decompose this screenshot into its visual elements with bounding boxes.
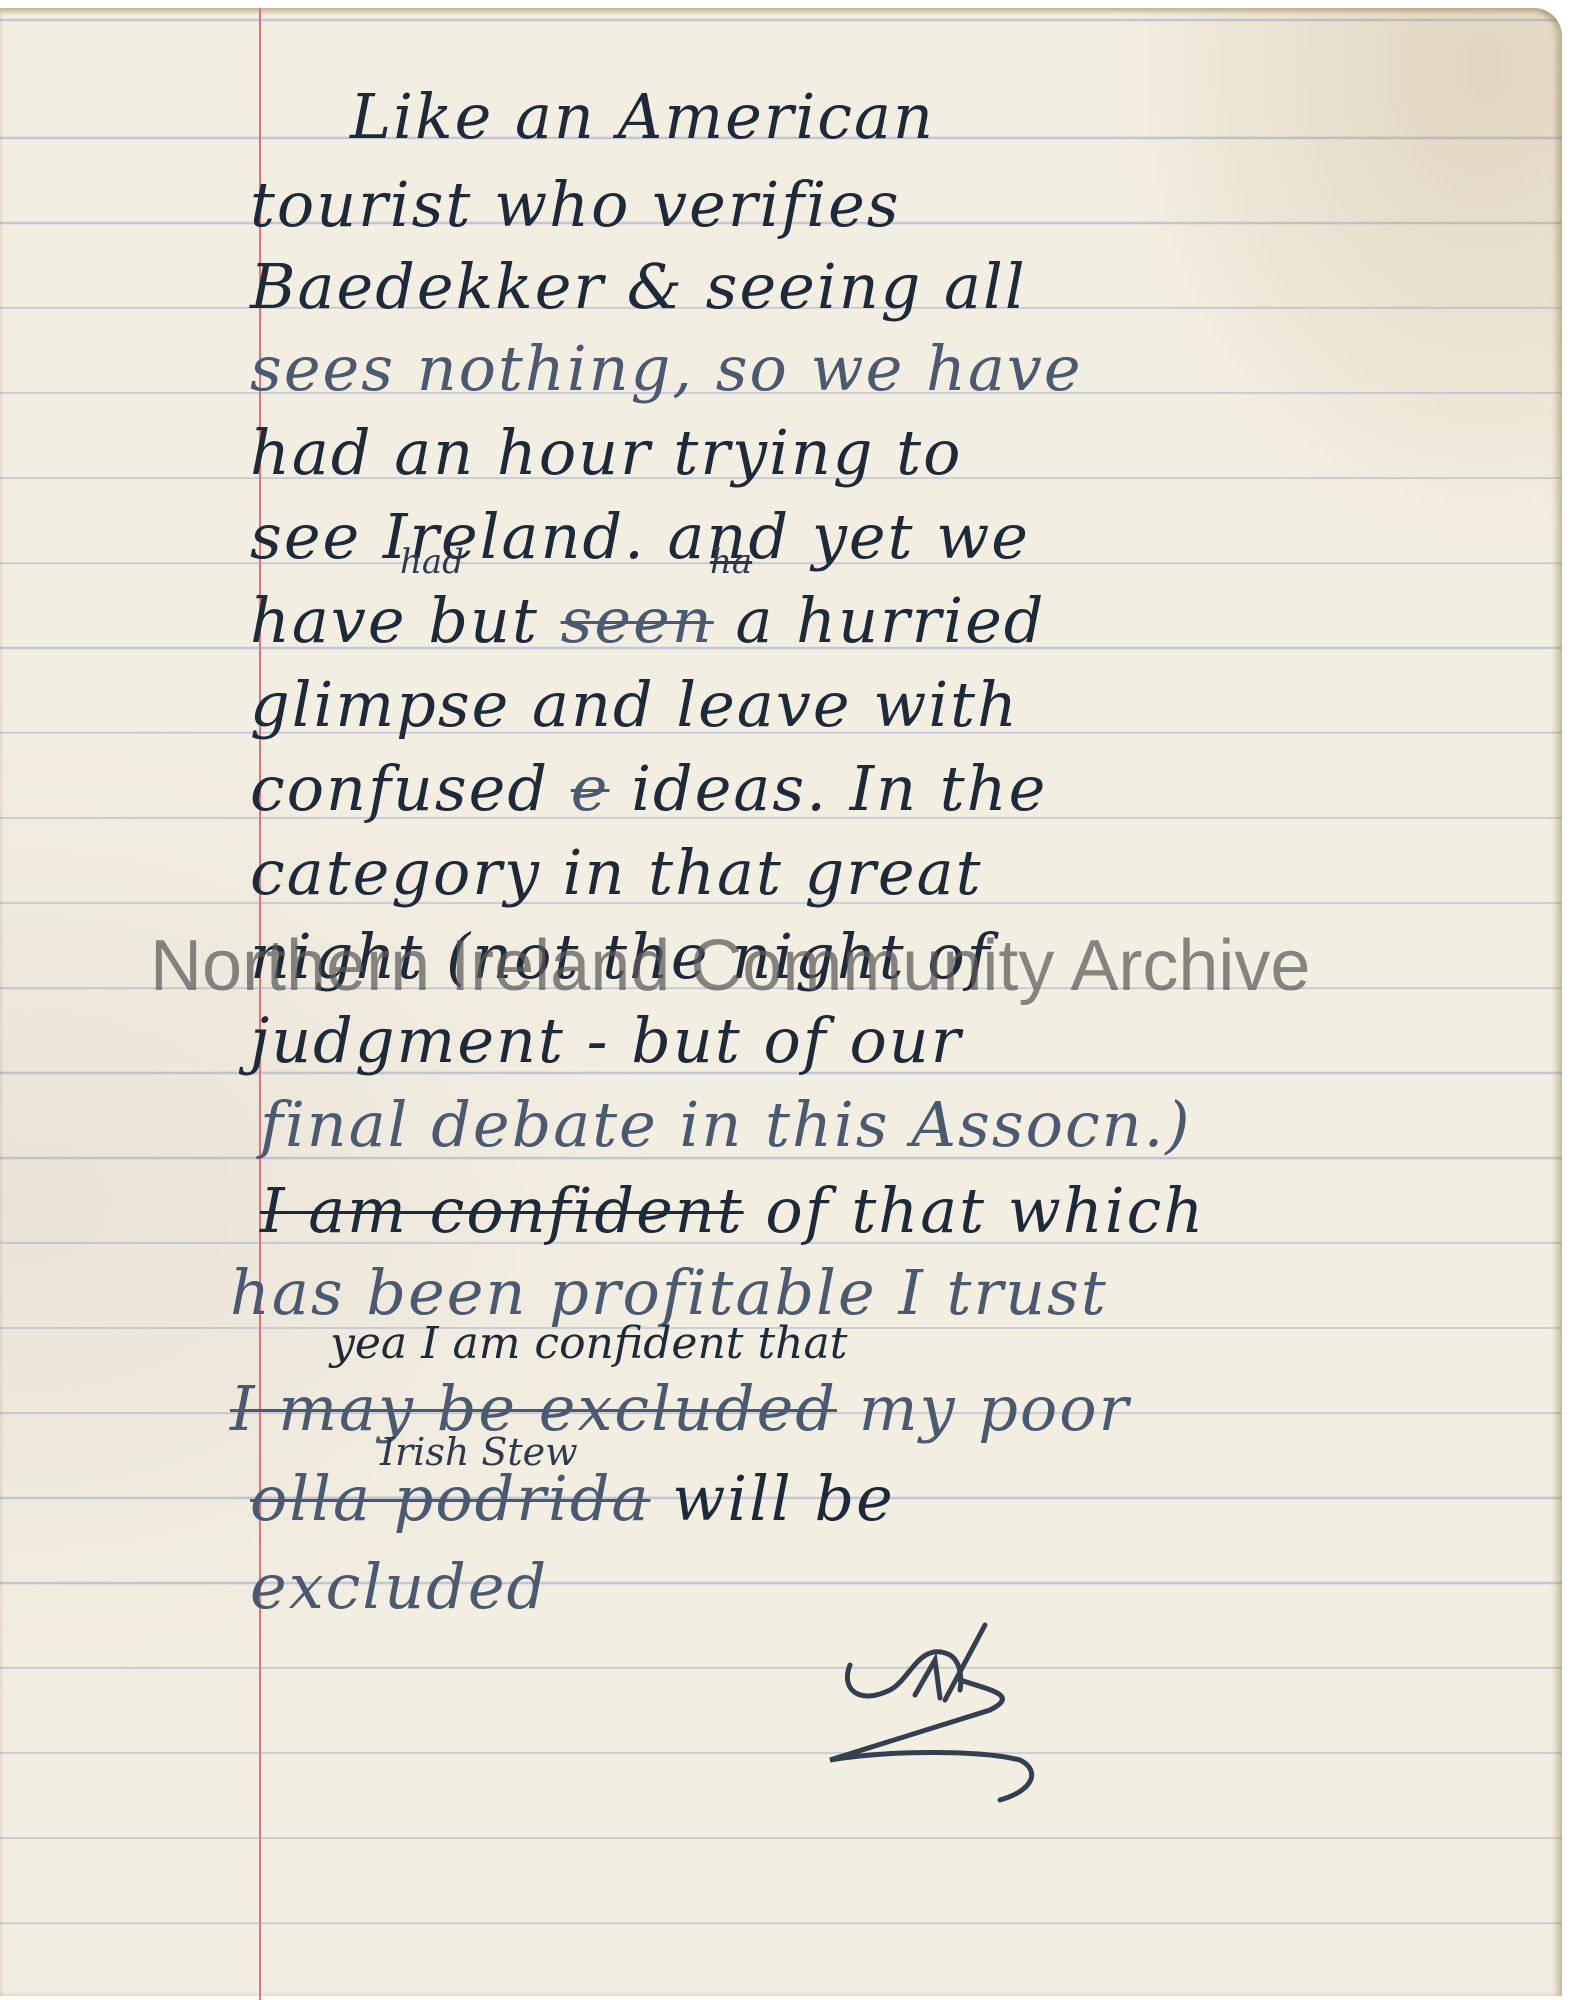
text-line: see Ireland. and yet we bbox=[250, 500, 1030, 573]
insertion-ha: ha bbox=[710, 542, 752, 582]
word: confused bbox=[250, 752, 549, 825]
text-line: Baedekker & seeing all bbox=[250, 250, 1027, 323]
text-line-with-correction: I am confident of that which bbox=[260, 1174, 1205, 1247]
text-line: excluded bbox=[250, 1550, 548, 1623]
text-line-with-correction: have but seen a hurried bbox=[250, 584, 1046, 657]
struck-phrase: olla podrida bbox=[250, 1462, 650, 1535]
phrase: will be bbox=[672, 1462, 895, 1535]
text-line: Like an American bbox=[350, 80, 935, 153]
text-line: glimpse and leave with bbox=[250, 668, 1019, 741]
struck-word: e bbox=[571, 752, 610, 825]
text-line: judgment - but of our bbox=[250, 1004, 962, 1077]
text-line-with-correction: olla podrida will be bbox=[250, 1462, 895, 1535]
word: but bbox=[428, 584, 539, 657]
word: a hurried bbox=[735, 584, 1045, 657]
text-line-with-correction: I may be excluded my poor bbox=[230, 1372, 1130, 1445]
insertion-yea: yea I am confident that bbox=[330, 1318, 847, 1369]
text-line: tourist who verifies bbox=[250, 168, 901, 241]
insertion-had: had bbox=[400, 542, 464, 582]
phrase: my poor bbox=[859, 1372, 1131, 1445]
signature-mark bbox=[810, 1620, 1070, 1820]
archive-watermark: Northern Ireland Community Archive bbox=[150, 925, 1310, 1007]
struck-word: seen bbox=[561, 584, 714, 657]
text-line-with-correction: confused e ideas. In the bbox=[250, 752, 1047, 825]
word: have bbox=[250, 584, 407, 657]
word: ideas. In the bbox=[631, 752, 1047, 825]
text-line: had an hour trying to bbox=[250, 416, 962, 489]
text-line: sees nothing, so we have bbox=[250, 332, 1083, 405]
struck-phrase: I am confident bbox=[260, 1174, 744, 1247]
phrase: of that which bbox=[765, 1174, 1205, 1247]
text-line: final debate in this Assocn.) bbox=[260, 1088, 1192, 1161]
text-line: category in that great bbox=[250, 836, 982, 909]
